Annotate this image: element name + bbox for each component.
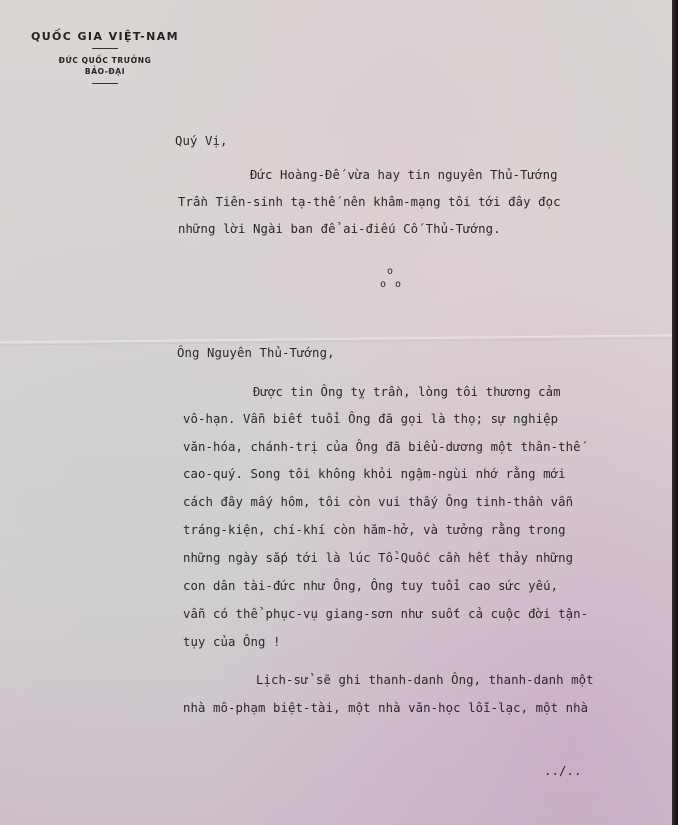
letterhead-title: QUỐC GIA VIỆT-NAM [20, 30, 190, 43]
preamble-line: Đức Hoàng-Đế vừa hay tin nguyên Thủ-Tướn… [250, 168, 558, 182]
letter-line: con dân tài-đức như Ông, Ông tuy tuổi ca… [183, 579, 558, 593]
preamble-line: những lời Ngài ban để ai-điếu Cố Thủ-Tướ… [178, 222, 501, 236]
preamble-line: Trần Tiên-sinh tạ-thế nên khâm-mạng tôi … [178, 195, 561, 209]
letterhead-rule [92, 48, 118, 49]
section-ornament: o o o [380, 266, 410, 296]
letter-salutation: Ông Nguyên Thủ-Tướng, [177, 346, 335, 360]
background-edge [672, 0, 678, 825]
ornament-dot: o [395, 279, 401, 290]
letterhead: QUỐC GIA VIỆT-NAM ĐỨC QUỐC TRƯỞNG BẢO-ĐẠ… [20, 30, 190, 90]
ornament-dot: o [387, 266, 393, 277]
continuation-mark: ../.. [544, 764, 582, 778]
ornament-dot: o [380, 279, 386, 290]
paper-fold [0, 334, 672, 345]
preamble-salutation: Quý Vị, [175, 134, 228, 148]
letter-line: Được tin Ông tỵ trần, lòng tôi thương cả… [253, 385, 561, 399]
letter-line: cách đây mấy hôm, tôi còn vui thấy Ông t… [183, 495, 573, 509]
letter-line: Lịch-sử sẽ ghi thanh-danh Ông, thanh-dan… [256, 673, 594, 687]
letter-line: tráng-kiện, chí-khí còn hăm-hở, và tưởng… [183, 523, 566, 537]
letter-page: QUỐC GIA VIỆT-NAM ĐỨC QUỐC TRƯỞNG BẢO-ĐẠ… [0, 0, 672, 825]
letter-line: vẫn có thể phục-vụ giang-sơn như suốt cả… [183, 607, 588, 621]
letter-line: nhà mô-phạm biệt-tài, một nhà văn-học lỗ… [183, 701, 588, 715]
letter-line: văn-hóa, chánh-trị của Ông đã biểu-dương… [183, 440, 581, 454]
letter-line: tụy của Ông ! [183, 635, 281, 649]
letter-line: vô-hạn. Vẫn biết tuổi Ông đã gọi là thọ;… [183, 412, 558, 426]
letter-line: những ngày sắp tới là lúc Tổ-Quốc cần hế… [183, 551, 573, 565]
letterhead-office: ĐỨC QUỐC TRƯỞNG [20, 55, 190, 66]
letterhead-name: BẢO-ĐẠI [20, 66, 190, 77]
letterhead-rule-bottom [92, 83, 118, 84]
letter-line: cao-quý. Song tôi không khỏi ngậm-ngùi n… [183, 467, 566, 481]
